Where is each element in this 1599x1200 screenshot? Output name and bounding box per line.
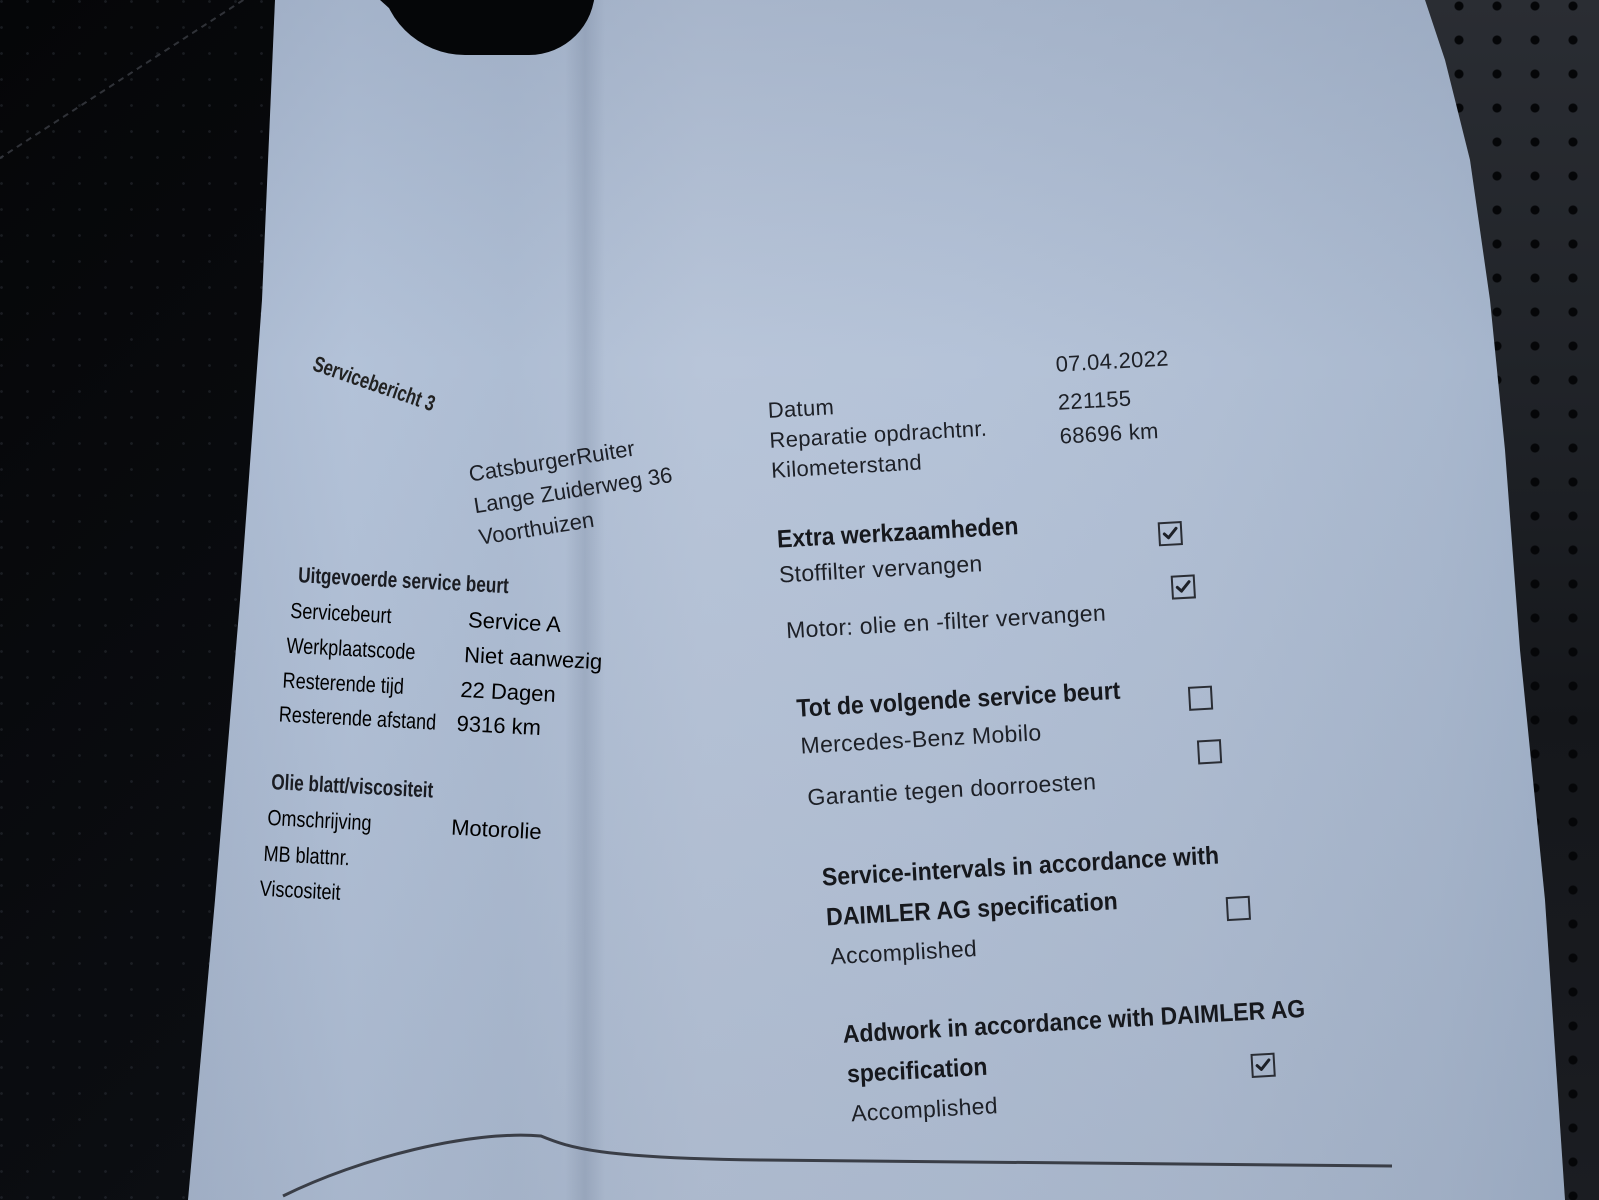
addwork-item: Accomplished bbox=[850, 1092, 998, 1127]
extra-work-item: Stoffilter vervangen bbox=[778, 550, 983, 588]
service-row-value: Service A bbox=[467, 607, 561, 638]
service-row-label: Resterende tijd bbox=[282, 668, 405, 700]
paper-fold bbox=[565, 0, 605, 1200]
service-row-label: Werkplaatscode bbox=[286, 633, 416, 666]
oil-row-value: Motorolie bbox=[451, 815, 543, 846]
checkbox-motor-oil-filter[interactable] bbox=[1171, 574, 1196, 599]
service-intervals-item: Accomplished bbox=[830, 935, 978, 970]
next-service-item: Garantie tegen doorroesten bbox=[807, 768, 1097, 811]
extra-work-item-label: Motor: olie en -filter vervangen bbox=[785, 599, 1106, 643]
next-service-item: Mercedes-Benz Mobilo bbox=[800, 719, 1042, 759]
dealer-address: CatsburgerRuiter Lange Zuiderweg 36 Voor… bbox=[467, 427, 680, 553]
checkbox-addwork-accomplished[interactable] bbox=[1250, 1053, 1275, 1078]
extra-work-item: Motor: olie en -filter vervangen bbox=[785, 599, 1106, 644]
service-intervals-heading-line1: Service-intervals in accordance with bbox=[821, 841, 1220, 892]
meta-value: 221155 bbox=[1057, 386, 1132, 416]
checkbox-service-intervals-accomplished[interactable] bbox=[1226, 896, 1251, 921]
addwork-heading-line1: Addwork in accordance with DAIMLER AG bbox=[842, 995, 1306, 1050]
meta-value: 68696 km bbox=[1059, 418, 1159, 449]
service-row-label: Servicebeurt bbox=[290, 598, 393, 629]
checkbox-mobilo[interactable] bbox=[1188, 686, 1213, 711]
checkbox-rust-warranty[interactable] bbox=[1197, 739, 1222, 764]
next-service-item-label: Mercedes-Benz Mobilo bbox=[800, 719, 1042, 758]
until-next-service-heading: Tot de volgende service beurt bbox=[796, 677, 1121, 724]
extra-work-item-label: Stoffilter vervangen bbox=[778, 550, 983, 587]
checkmark-icon bbox=[1162, 526, 1179, 541]
meta-label: Datum bbox=[767, 394, 835, 424]
service-row-value: 9316 km bbox=[456, 711, 542, 741]
meta-value: 07.04.2022 bbox=[1055, 345, 1169, 377]
meta-label: Kilometerstand bbox=[770, 449, 922, 483]
photo-scene: Servicebericht 3 CatsburgerRuiter Lange … bbox=[0, 0, 1599, 1200]
checkmark-icon bbox=[1255, 1058, 1272, 1073]
service-intervals-heading-line2: DAIMLER AG specification bbox=[825, 887, 1118, 932]
service-row-label: Resterende afstand bbox=[278, 701, 437, 735]
oil-row-label: MB blattnr. bbox=[263, 841, 350, 871]
service-performed-heading: Uitgevoerde service beurt bbox=[298, 562, 510, 599]
seat-stitching bbox=[0, 0, 257, 172]
addwork-heading-line2: specification bbox=[846, 1053, 988, 1090]
addwork-item-label: Accomplished bbox=[850, 1092, 998, 1126]
oil-row-label: Viscositeit bbox=[259, 876, 341, 906]
report-title: Servicebericht 3 bbox=[310, 351, 439, 417]
checkbox-stoffilter[interactable] bbox=[1158, 521, 1183, 546]
oil-heading: Olie blatt/viscositeit bbox=[271, 769, 434, 803]
signature-line bbox=[0, 0, 1599, 1200]
service-report-paper: Servicebericht 3 CatsburgerRuiter Lange … bbox=[0, 0, 1599, 1200]
next-service-item-label: Garantie tegen doorroesten bbox=[807, 768, 1097, 810]
service-intervals-item-label: Accomplished bbox=[830, 935, 978, 969]
checkmark-icon bbox=[1175, 580, 1192, 595]
oil-row-label: Omschrijving bbox=[267, 805, 372, 836]
extra-work-heading: Extra werkzaamheden bbox=[776, 512, 1019, 554]
service-row-value: 22 Dagen bbox=[460, 677, 557, 708]
